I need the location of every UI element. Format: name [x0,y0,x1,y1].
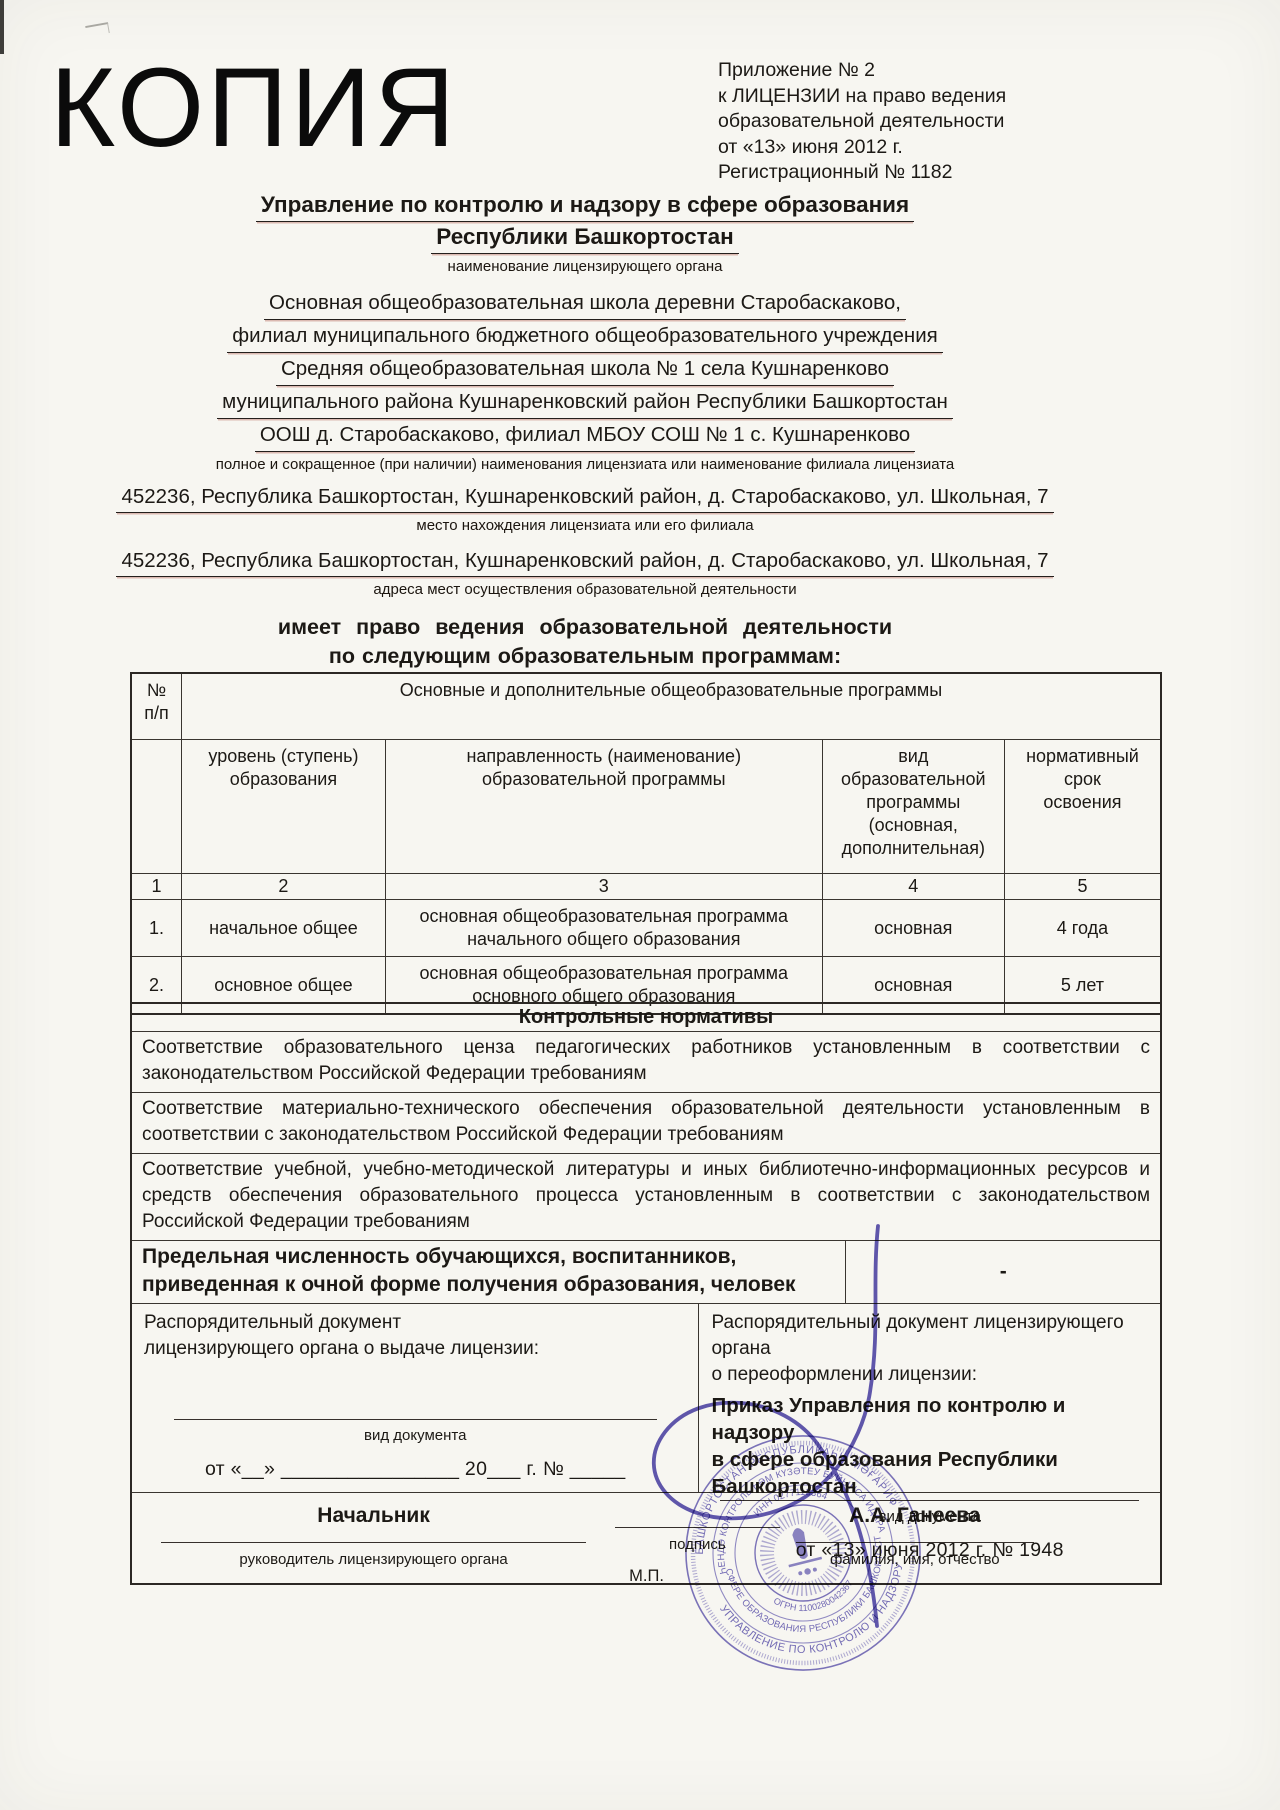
cell-level: начальное общее [181,900,385,957]
licensee-name-line: филиал муниципального бюджетного общеобр… [75,320,1095,353]
activity-address: 452236, Республика Башкортостан, Кушнаре… [75,547,1095,577]
normative-item: Соответствие образовательного ценза педа… [132,1032,1160,1093]
licensee-location: 452236, Республика Башкортостан, Кушнаре… [75,483,1095,513]
programs-table: № п/п Основные и дополнительные общеобра… [130,672,1162,1015]
table-row: 1. начальное общее основная общеобразова… [131,900,1161,957]
licensee-name-line: ООШ д. Старобаскаково, филиал МБОУ СОШ №… [75,419,1095,452]
authority-name-line2: Республики Башкортостан [75,222,1095,254]
col-number: 2 [181,874,385,900]
cell-program: основная общеобразовательная программа н… [385,900,822,957]
activity-address-caption: адреса мест осуществления образовательно… [75,581,1095,598]
appendix-line: от «13» июня 2012 г. [718,135,1028,161]
signer-position: Начальник [317,1503,430,1529]
col-header-program: направленность (наименование) образовате… [385,740,822,874]
rights-statement-line1: имеет право ведения образовательной деят… [75,613,1095,642]
col-header-empty [131,740,181,874]
table-group-header: Основные и дополнительные общеобразовате… [181,673,1161,740]
handwritten-signature [575,1180,935,1660]
appendix-line: Приложение № 2 [718,58,1028,84]
authority-name-line1: Управление по контролю и надзору в сфере… [75,190,1095,222]
cell-type: основная [822,900,1004,957]
col-header-number: № п/п [131,673,181,740]
licensee-name-line: Основная общеобразовательная школа дерев… [75,287,1095,320]
location-caption: место нахождения лицензиата или его фили… [75,517,1095,534]
col-header-term: нормативный срок освоения [1004,740,1161,874]
cell-term: 4 года [1004,900,1161,957]
appendix-line: Регистрационный № 1182 [718,160,1028,186]
position-caption: руководитель лицензирующего органа [239,1547,507,1573]
cell-no: 1. [131,900,181,957]
scan-smudge-artifact [85,22,110,37]
licensee-name-line: Средняя общеобразовательная школа № 1 се… [75,353,1095,386]
col-number: 4 [822,874,1004,900]
document-body: Управление по контролю и надзору в сфере… [75,190,1095,671]
licensee-name: Основная общеобразовательная школа дерев… [75,287,1095,452]
scan-edge-artifact [0,0,4,54]
col-number: 5 [1004,874,1161,900]
signature-underline [161,1542,586,1543]
col-header-level: уровень (ступень) образования [181,740,385,874]
appendix-line: к ЛИЦЕНЗИИ на право ведения [718,84,1028,110]
col-number: 1 [131,874,181,900]
copy-watermark: КОПИЯ [50,46,458,169]
scanned-license-page: КОПИЯ Приложение № 2 к ЛИЦЕНЗИИ на право… [0,0,1280,1810]
rights-statement-line2: по следующим образовательным программам: [75,642,1095,671]
authority-caption: наименование лицензирующего органа [75,258,1095,275]
licensee-name-line: муниципального района Кушнаренковский ра… [75,386,1095,419]
col-header-type: вид образовательной программы (основная,… [822,740,1004,874]
licensee-name-caption: полное и сокращенное (при наличии) наиме… [75,456,1095,473]
position-block: Начальник руководитель лицензирующего ор… [132,1493,615,1583]
appendix-line: образовательной деятельности [718,109,1028,135]
normative-item: Соответствие материально-технического об… [132,1093,1160,1154]
normatives-title: Контрольные нормативы [132,1004,1160,1032]
signature-stroke [654,1226,878,1626]
appendix-note: Приложение № 2 к ЛИЦЕНЗИИ на право веден… [718,58,1028,186]
col-number: 3 [385,874,822,900]
